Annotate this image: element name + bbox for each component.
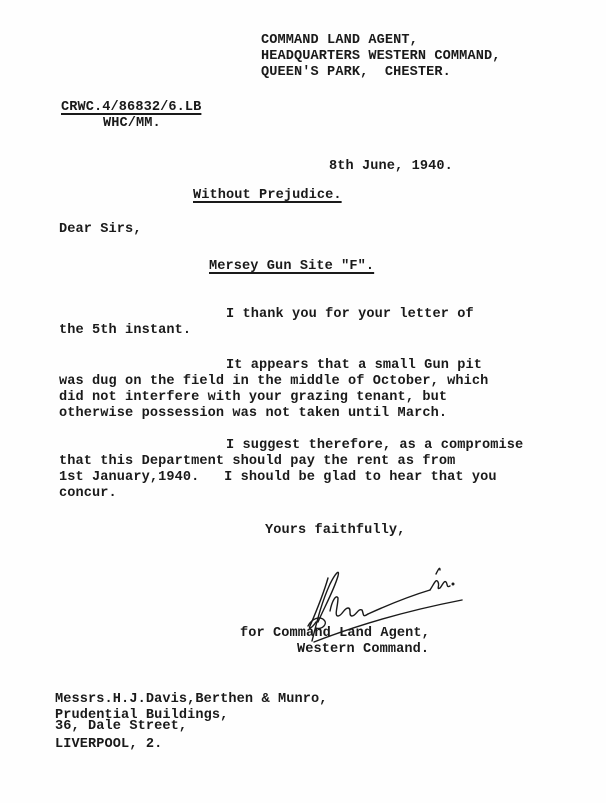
letterhead-line: COMMAND LAND AGENT, <box>261 33 418 49</box>
without-prejudice-marking: Without Prejudice. <box>193 188 342 204</box>
body-line: I suggest therefore, as a compromise <box>226 438 523 454</box>
letter-page: COMMAND LAND AGENT, HEADQUARTERS WESTERN… <box>0 0 606 803</box>
body-line: It appears that a small Gun pit <box>226 358 482 374</box>
valediction: Yours faithfully, <box>265 523 405 539</box>
body-line: that this Department should pay the rent… <box>59 454 455 470</box>
typist-initials: WHC/MM. <box>103 116 161 132</box>
body-line: concur. <box>59 486 117 502</box>
recipient-line: LIVERPOOL, 2. <box>55 737 162 753</box>
body-line: was dug on the field in the middle of Oc… <box>59 374 488 390</box>
letter-date: 8th June, 1940. <box>329 159 453 175</box>
body-line: I thank you for your letter of <box>226 307 474 323</box>
signatory-line: for Command Land Agent, <box>240 626 430 642</box>
body-line: did not interfere with your grazing tena… <box>59 390 447 406</box>
body-line: otherwise possession was not taken until… <box>59 406 447 422</box>
file-reference: CRWC.4/86832/6.LB <box>61 100 201 116</box>
body-line: the 5th instant. <box>59 323 191 339</box>
recipient-line: Messrs.H.J.Davis,Berthen & Munro, <box>55 692 328 708</box>
letterhead-line: QUEEN'S PARK, CHESTER. <box>261 65 451 81</box>
salutation: Dear Sirs, <box>59 222 142 238</box>
recipient-line: 36, Dale Street, <box>55 719 187 735</box>
body-line: 1st January,1940. I should be glad to he… <box>59 470 497 486</box>
subject-line: Mersey Gun Site "F". <box>209 259 374 275</box>
signatory-line: Western Command. <box>297 642 429 658</box>
letterhead-line: HEADQUARTERS WESTERN COMMAND, <box>261 49 500 65</box>
